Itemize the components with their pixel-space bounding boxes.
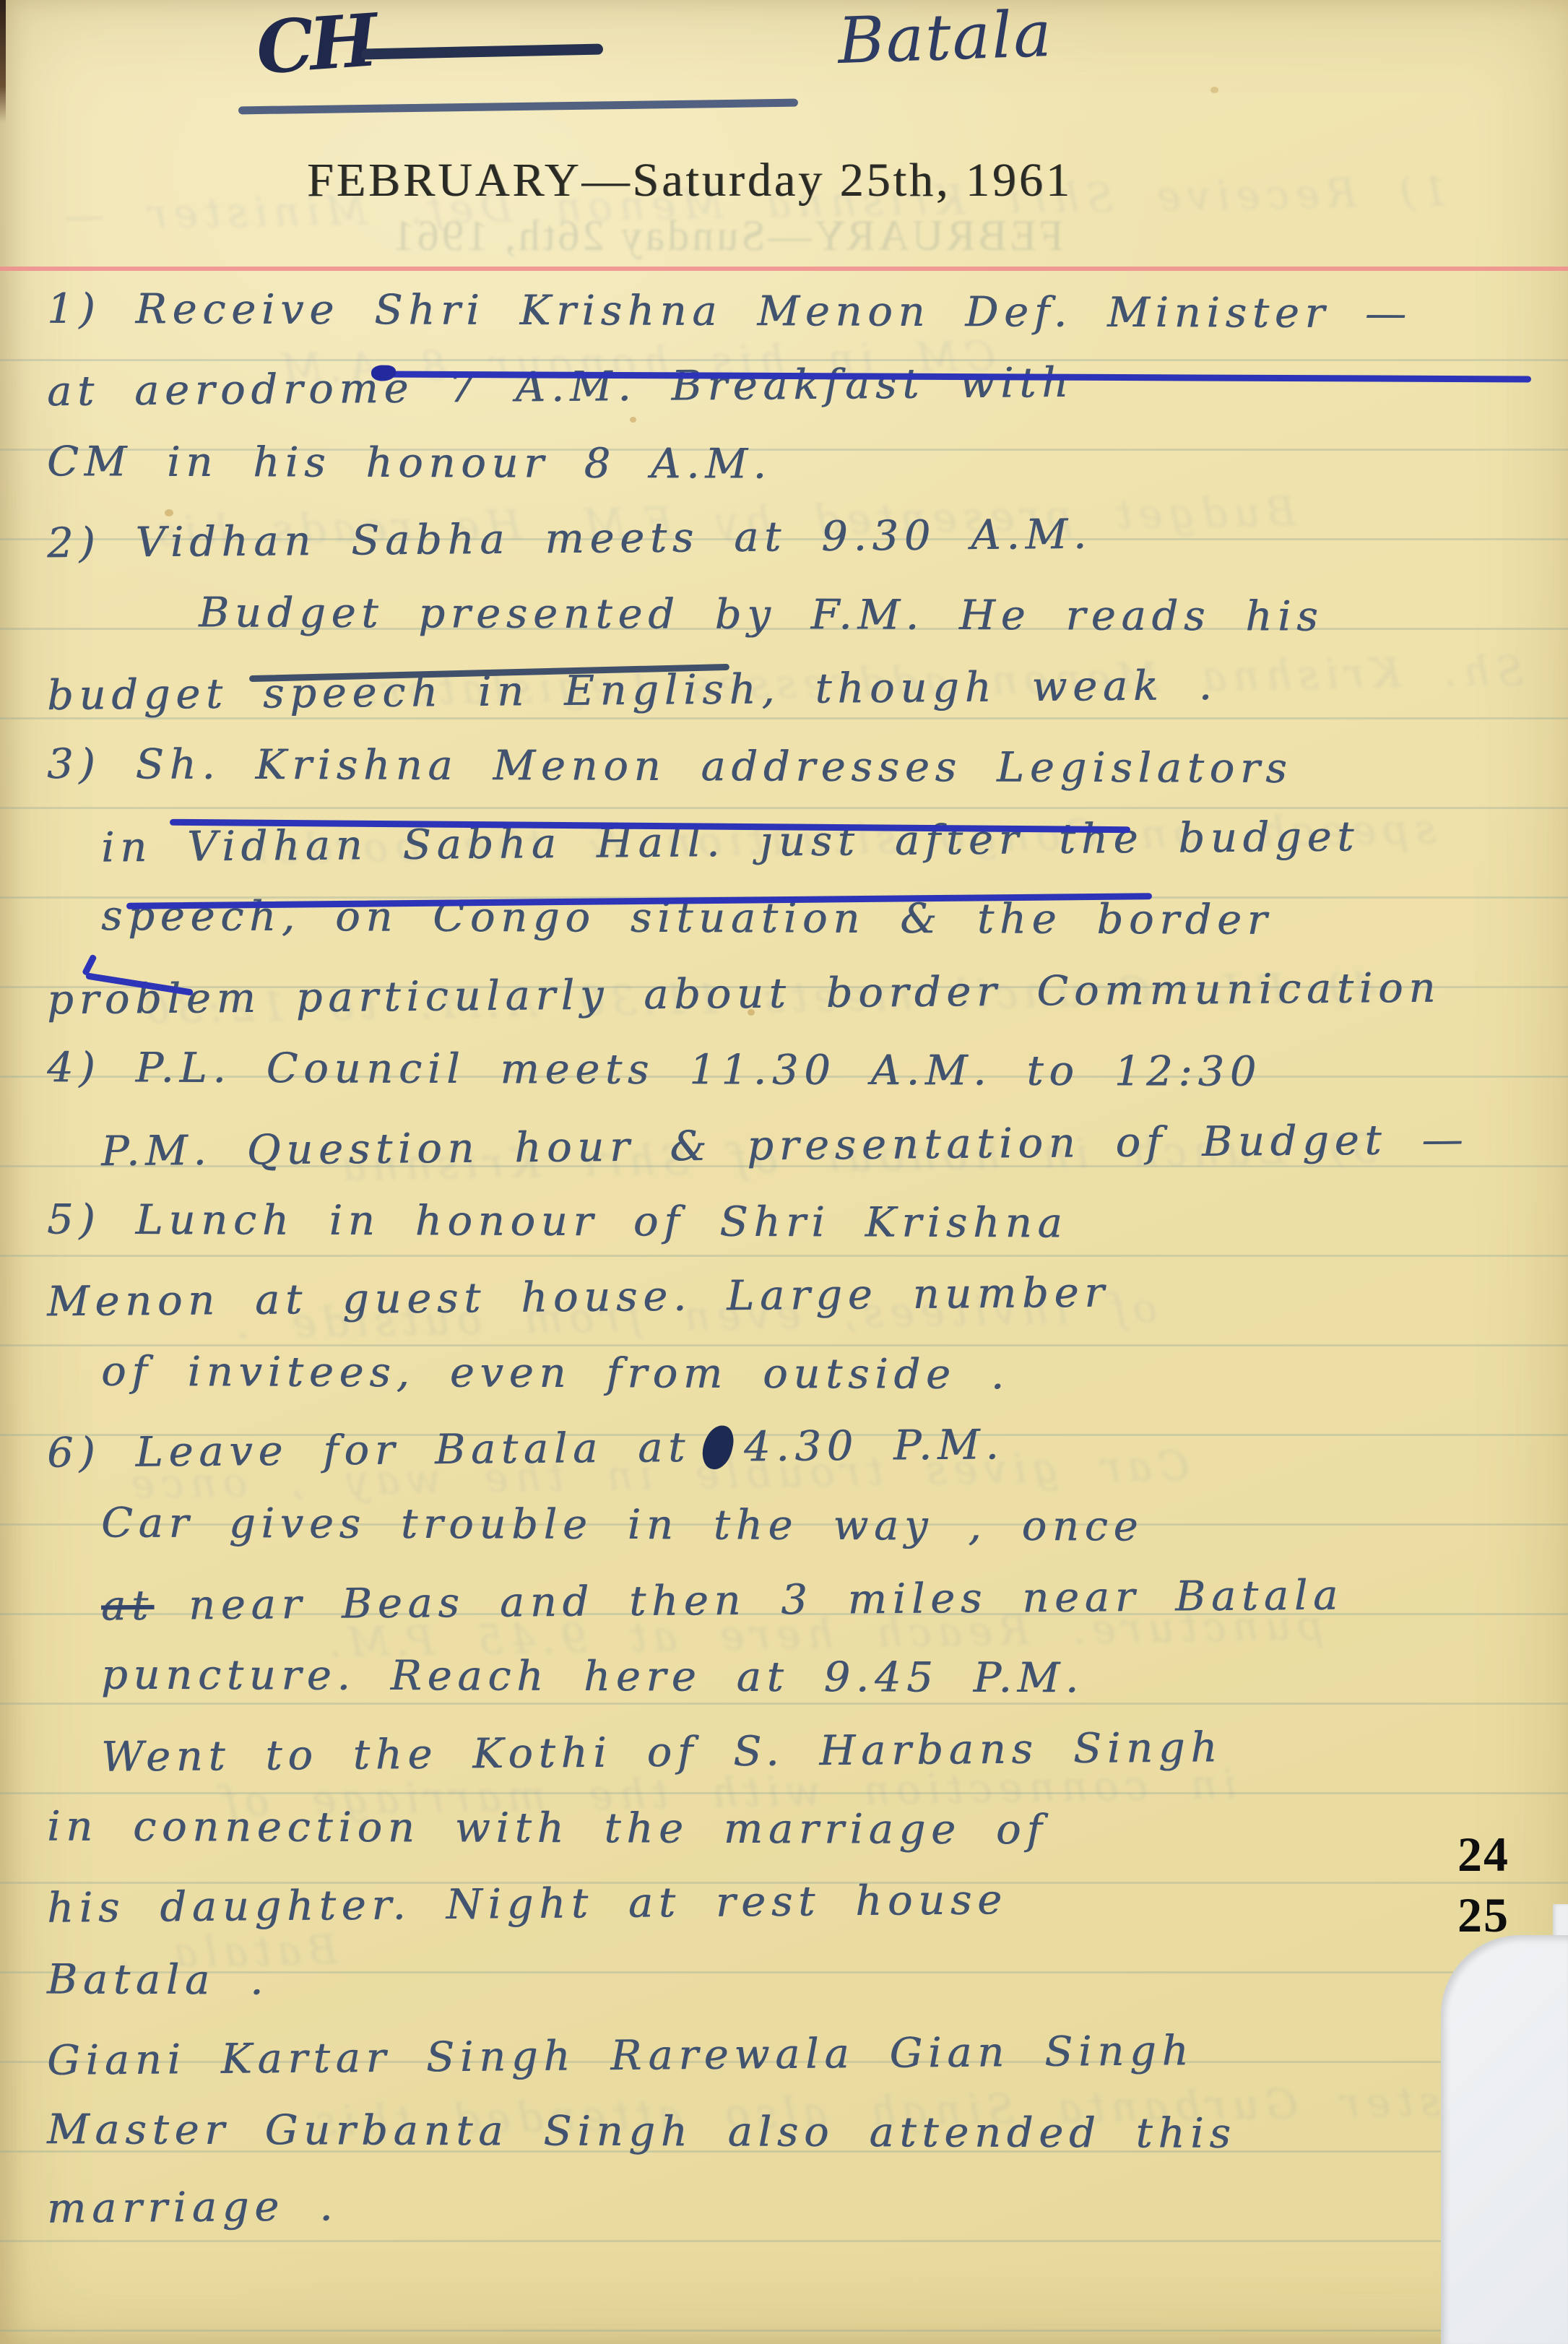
diary-line: Master Gurbanta Singh also attended this <box>47 2106 1236 2158</box>
ink-blot <box>699 1422 737 1472</box>
diary-line: Car gives trouble in the way , once <box>101 1499 1144 1550</box>
diary-line: 4) P.L. Council meets 11.30 A.M. to 12:3… <box>47 1044 1262 1096</box>
diary-line: Budget presented by F.M. He reads his <box>199 589 1324 640</box>
diary-line: Batala . <box>47 1955 269 2004</box>
diary-line: 6) Leave for Batala at4.30 P.M. <box>47 1421 1005 1477</box>
diary-line: in connection with the marriage of <box>47 1803 1048 1854</box>
diary-line: 3) Sh. Krishna Menon addresses Legislato… <box>47 740 1293 792</box>
age-speck <box>165 509 173 516</box>
cut-corner <box>1441 1935 1568 2344</box>
diary-line: Menon at guest house. Large number <box>47 1269 1110 1326</box>
diary-line: problem particularly about border Commun… <box>47 964 1442 1024</box>
diary-line: marriage . <box>47 2182 339 2233</box>
diary-line: at aerodrome 7 A.M. Breakfast with <box>47 359 1074 415</box>
diary-line: 2) Vidhan Sabha meets at 9.30 A.M. <box>47 511 1092 568</box>
page-number-24: 24 <box>1457 1826 1509 1883</box>
diary-line: puncture. Reach here at 9.45 P.M. <box>101 1651 1084 1703</box>
diary-line: Giani Kartar Singh Rarewala Gian Singh <box>47 2027 1195 2085</box>
binding-edge <box>0 0 6 123</box>
age-speck <box>1210 87 1218 93</box>
diary-line: Went to the Kothi of S. Harbans Singh <box>101 1724 1223 1781</box>
diary-line: P.M. Question hour & presentation of Bud… <box>101 1116 1469 1176</box>
age-speck <box>630 417 636 423</box>
struck-word: at <box>101 1582 154 1630</box>
diary-line: at near Beas and then 3 miles near Batal… <box>101 1571 1344 1630</box>
diary-line: 1) Receive Shri Krishna Menon Def. Minis… <box>47 285 1412 338</box>
diary-line: CM in his honour 8 A.M. <box>47 438 772 488</box>
diary-line: 5) Lunch in honour of Shri Krishna <box>47 1196 1068 1247</box>
age-speck <box>748 1009 755 1016</box>
diary-entries: 1) Receive Shri Krishna Menon Def. Minis… <box>0 0 1568 2344</box>
diary-line: his daughter. Night at rest house <box>47 1876 1008 1932</box>
diary-page: 1) Receive Shri Krishna Menon Def. Minis… <box>0 0 1568 2344</box>
page-number-25: 25 <box>1457 1887 1509 1944</box>
diary-line: of invitees, even from outside . <box>101 1348 1010 1398</box>
